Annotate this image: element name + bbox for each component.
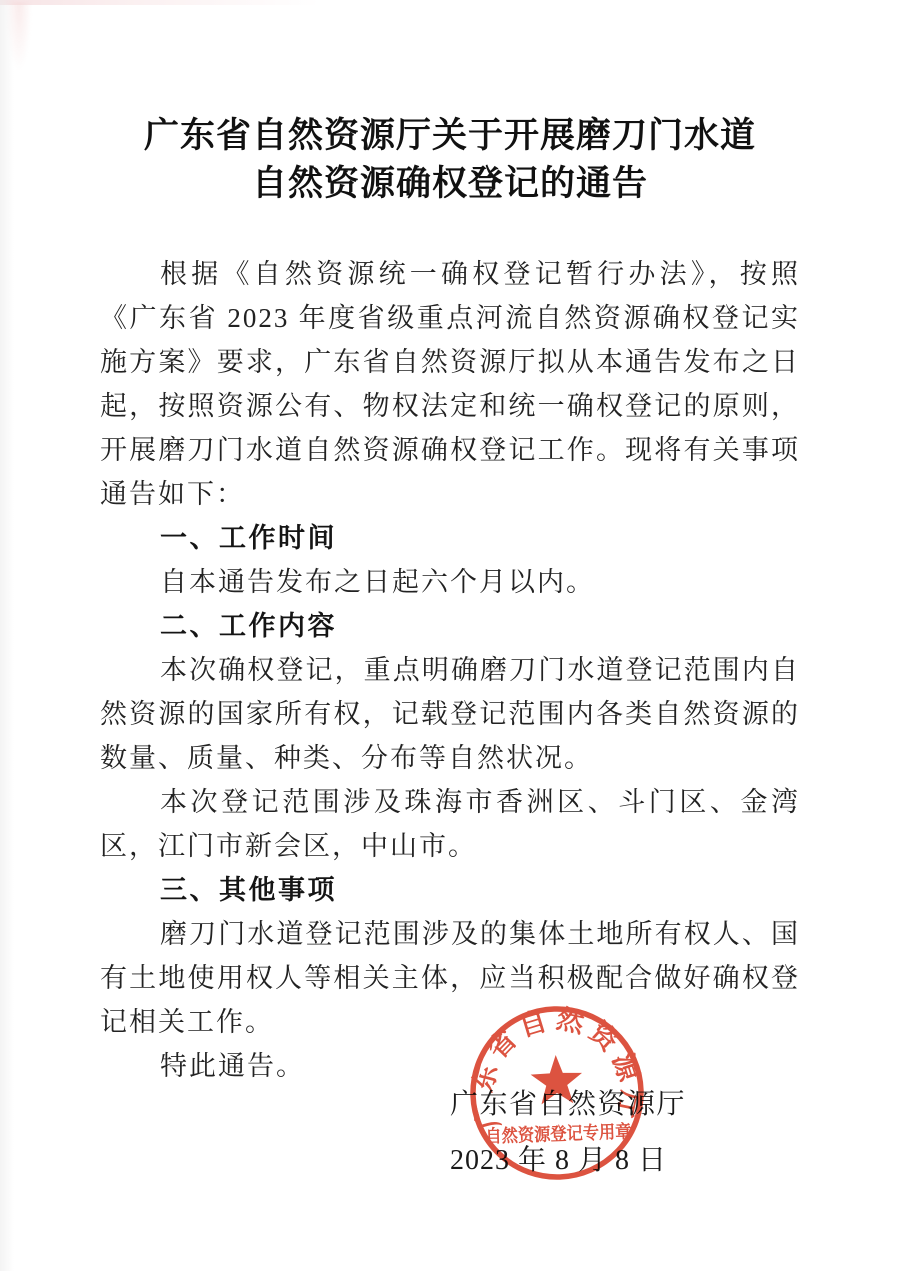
- title-line-2: 自然资源确权登记的通告: [0, 160, 900, 208]
- section-heading-1: 一、工作时间: [100, 516, 800, 560]
- paragraph-work-content-2: 本次登记范围涉及珠海市香洲区、斗门区、金湾区，江门市新会区，中山市。: [100, 780, 800, 868]
- paragraph-closing: 特此通告。: [100, 1044, 800, 1088]
- signature-block: 广东省自然资源厅 2023 年 8 月 8 日: [450, 1088, 686, 1178]
- scan-artifact-top-edge: [0, 0, 320, 5]
- scan-artifact-smudge: [6, 2, 32, 72]
- paragraph-work-content-1: 本次确权登记，重点明确磨刀门水道登记范围内自然资源的国家所有权，记载登记范围内各…: [100, 648, 800, 780]
- signature-date: 2023 年 8 月 8 日: [450, 1144, 686, 1178]
- section-heading-2: 二、工作内容: [100, 604, 800, 648]
- signature-agency: 广东省自然资源厅: [450, 1088, 686, 1122]
- document-title: 广东省自然资源厅关于开展磨刀门水道 自然资源确权登记的通告: [0, 112, 900, 208]
- paragraph-intro: 根据《自然资源统一确权登记暂行办法》，按照《广东省 2023 年度省级重点河流自…: [100, 252, 800, 516]
- paragraph-other-matters: 磨刀门水道登记范围涉及的集体土地所有权人、国有土地使用权人等相关主体，应当积极配…: [100, 912, 800, 1044]
- title-line-1: 广东省自然资源厅关于开展磨刀门水道: [0, 112, 900, 160]
- section-heading-3: 三、其他事项: [100, 868, 800, 912]
- document-page: 广东省自然资源厅关于开展磨刀门水道 自然资源确权登记的通告 根据《自然资源统一确…: [0, 0, 900, 1271]
- document-body: 根据《自然资源统一确权登记暂行办法》，按照《广东省 2023 年度省级重点河流自…: [100, 252, 800, 1088]
- paragraph-work-time: 自本通告发布之日起六个月以内。: [100, 560, 800, 604]
